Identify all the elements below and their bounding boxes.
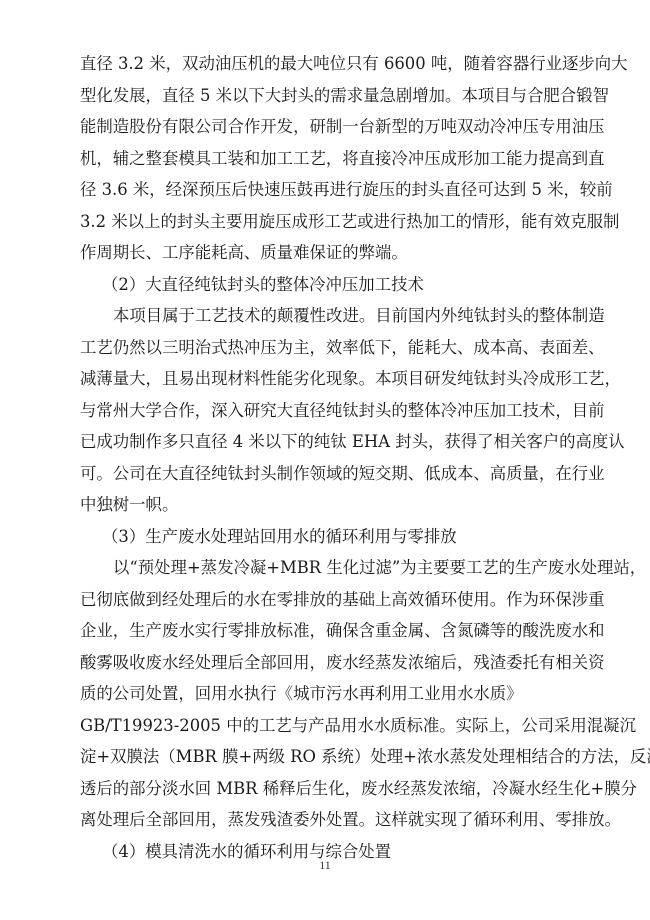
text-line: 本项目属于工艺技术的颠覆性改进。目前国内外纯钛封头的整体制造 bbox=[80, 300, 574, 332]
text-line: 酸雾吸收废水经处理后全部回用，废水经蒸发浓缩后，残渣委托有相关资 bbox=[80, 647, 574, 679]
text-line: 可。公司在大直径纯钛封头制作领域的短交期、低成本、高质量，在行业 bbox=[80, 458, 574, 490]
text-line: 减薄量大，且易出现材料性能劣化现象。本项目研发纯钛封头冷成形工艺， bbox=[80, 363, 574, 395]
text-line: 工艺仍然以三明治式热冲压为主，效率低下，能耗大、成本高、表面差、 bbox=[80, 332, 574, 364]
text-line: 径 3.6 米，经深预压后快速压鼓再进行旋压的封头直径可达到 5 米，较前 bbox=[80, 174, 574, 206]
text-line: 直径 3.2 米，双动油压机的最大吨位只有 6600 吨，随着容器行业逐步向大 bbox=[80, 48, 574, 80]
page-body: 直径 3.2 米，双动油压机的最大吨位只有 6600 吨，随着容器行业逐步向大 … bbox=[80, 48, 574, 867]
text-line: 已彻底做到经处理后的水在零排放的基础上高效循环使用。作为环保涉重 bbox=[80, 584, 574, 616]
text-line: 已成功制作多只直径 4 米以下的纯钛 EHA 封头，获得了相关客户的高度认 bbox=[80, 426, 574, 458]
document-page: 直径 3.2 米，双动油压机的最大吨位只有 6600 吨，随着容器行业逐步向大 … bbox=[0, 0, 650, 920]
paragraph-wastewater: 以“预处理+蒸发冷凝+MBR 生化过滤”为主要要工艺的生产废水处理站， 已彻底做… bbox=[80, 552, 574, 836]
text-line: 淀+双膜法（MBR 膜+两级 RO 系统）处理+浓水蒸发处理相结合的方法，反渗 bbox=[80, 741, 574, 773]
text-line: 机，辅之整套模具工装和加工工艺，将直接冷冲压成形加工能力提高到直 bbox=[80, 143, 574, 175]
text-line: GB/T19923-2005 中的工艺与产品用水水质标准。实际上，公司采用混凝沉 bbox=[80, 710, 574, 742]
text-line: 离处理后全部回用，蒸发残渣委外处置。这样就实现了循环利用、零排放。 bbox=[80, 804, 574, 836]
text-line: 型化发展，直径 5 米以下大封头的需求量急剧增加。本项目与合肥合锻智 bbox=[80, 80, 574, 112]
text-line: 3.2 米以上的封头主要用旋压成形工艺或进行热加工的情形，能有效克服制 bbox=[80, 206, 574, 238]
section-heading-3: （3）生产废水处理站回用水的循环利用与零排放 bbox=[80, 521, 574, 553]
text-line: 能制造股份有限公司合作开发，研制一台新型的万吨双动冷冲压专用油压 bbox=[80, 111, 574, 143]
text-line: 质的公司处置，回用水执行《城市污水再利用工业用水水质》 bbox=[80, 678, 574, 710]
paragraph-press-capacity: 直径 3.2 米，双动油压机的最大吨位只有 6600 吨，随着容器行业逐步向大 … bbox=[80, 48, 574, 269]
text-line: 透后的部分淡水回 MBR 稀释后生化，废水经蒸发浓缩，冷凝水经生化+膜分 bbox=[80, 773, 574, 805]
text-line: 中独树一帜。 bbox=[80, 489, 574, 521]
section-heading-2: （2）大直径纯钛封头的整体冷冲压加工技术 bbox=[80, 269, 574, 301]
page-number: 11 bbox=[0, 858, 650, 873]
text-line: 企业，生产废水实行零排放标准，确保含重金属、含氮磷等的酸洗废水和 bbox=[80, 615, 574, 647]
paragraph-titanium-heads: 本项目属于工艺技术的颠覆性改进。目前国内外纯钛封头的整体制造 工艺仍然以三明治式… bbox=[80, 300, 574, 521]
text-line: 以“预处理+蒸发冷凝+MBR 生化过滤”为主要要工艺的生产废水处理站， bbox=[80, 552, 574, 584]
text-line: 与常州大学合作，深入研究大直径纯钛封头的整体冷冲压加工技术，目前 bbox=[80, 395, 574, 427]
text-line: 作周期长、工序能耗高、质量难保证的弊端。 bbox=[80, 237, 574, 269]
